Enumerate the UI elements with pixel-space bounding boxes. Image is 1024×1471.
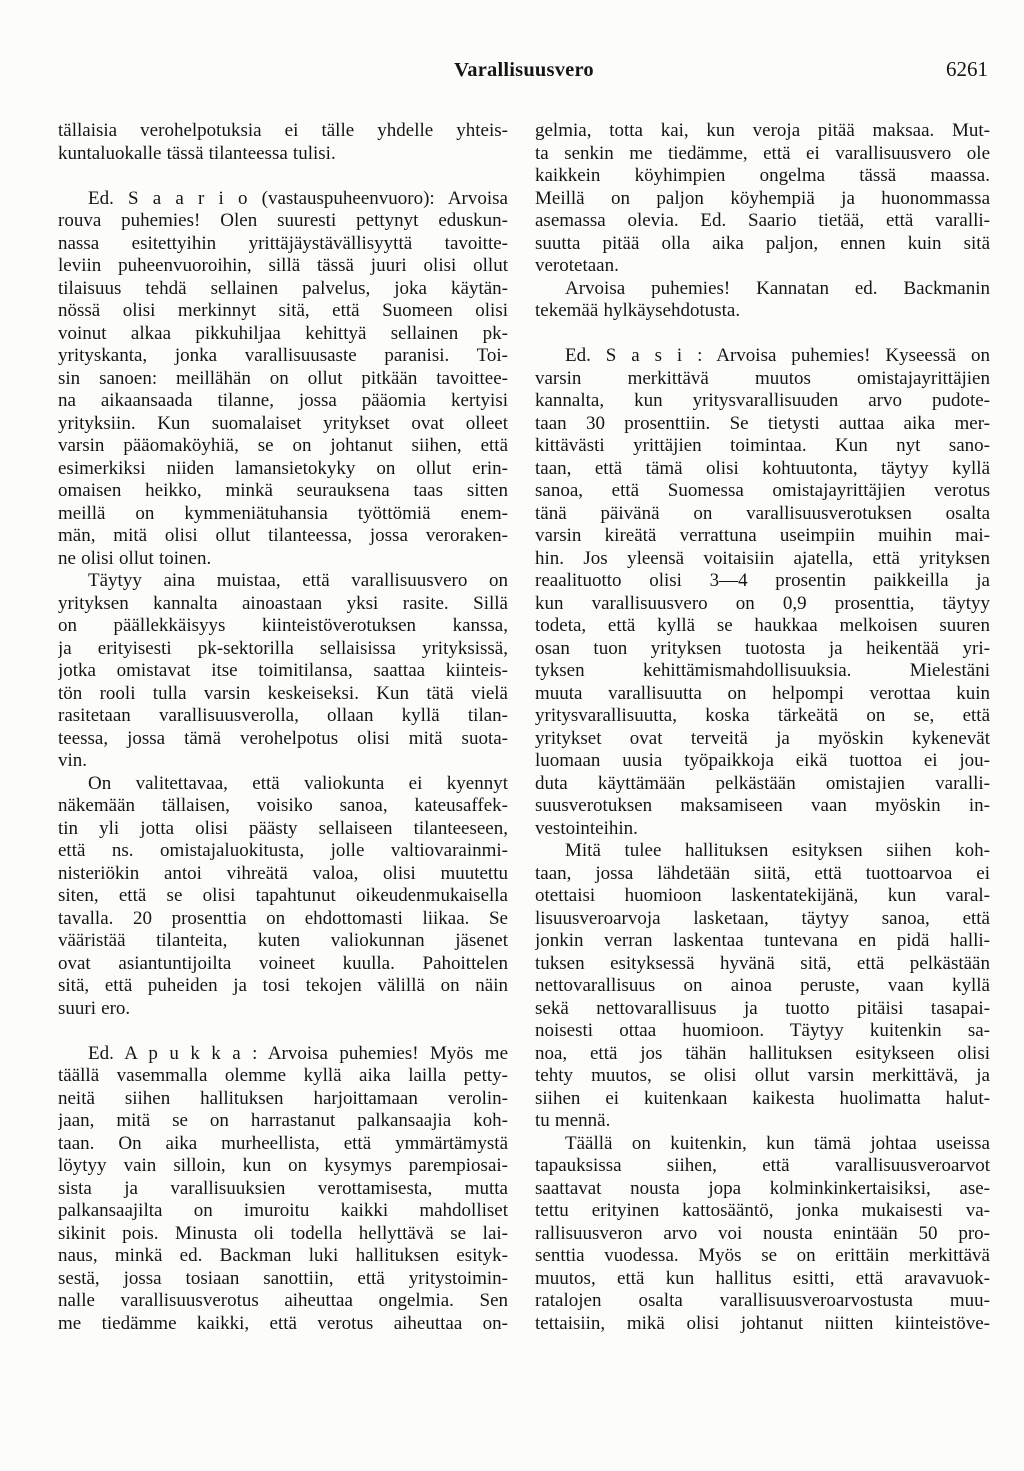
text-line: meillä on kymmeniätuhansia työttömiä ene…	[58, 503, 508, 526]
text-line: suuri ero.	[58, 998, 508, 1021]
text-line: täällä vasemmalla olemme kyllä aika lail…	[58, 1065, 508, 1088]
text-line: tavalla. 20 prosenttia on ehdottomasti l…	[58, 908, 508, 931]
text-line: asemassa olevia. Ed. Saario tietää, että…	[535, 210, 990, 233]
text-line: tu mennä.	[535, 1110, 990, 1133]
text-line: kuntaluokalle tässä tilanteessa tulisi.	[58, 143, 508, 166]
text-line: kun varallisuusvero on 0,9 prosenttia, t…	[535, 593, 990, 616]
text-line: nassa esitettyihin yrittäjäystävällisyyt…	[58, 233, 508, 256]
text-line: Täällä on kuitenkin, kun tämä johtaa use…	[535, 1133, 990, 1156]
text-line: tilaisuus tehdä sellainen palvelus, joka…	[58, 278, 508, 301]
text-line: vääristää tilanteita, kuten valiokunnan …	[58, 930, 508, 953]
text-line: yritysvarallisuutta, koska tärkeätä on s…	[535, 705, 990, 728]
page-number: 6261	[946, 57, 988, 81]
text-line: Arvoisa puhemies! Kannatan ed. Backmanin	[535, 278, 990, 301]
text-line: löytyy vain silloin, kun on kysymys pare…	[58, 1155, 508, 1178]
text-line: todeta, että kyllä se haukkaa melkoisen …	[535, 615, 990, 638]
paragraph: Ed. S a a r i o (vastauspuheenvuoro): Ar…	[58, 188, 508, 571]
text-line: taan, jossa lähdetään siitä, että tuotto…	[535, 863, 990, 886]
text-line: gelmia, totta kai, kun veroja pitää maks…	[535, 120, 990, 143]
text-line: kannalta, kun yritysvarallisuuden arvo p…	[535, 390, 990, 413]
text-line: että ns. omistajaluokitusta, jolle valti…	[58, 840, 508, 863]
text-line: jaan, mitä se on harrastanut palkansaaji…	[58, 1110, 508, 1133]
text-line: kaikkein köyhimpien ongelma tässä maassa…	[535, 165, 990, 188]
text-line: yrityksiin. Kun suomalaiset yritykset ov…	[58, 413, 508, 436]
document-page: Varallisuusvero 6261 tällaisia verohelpo…	[0, 0, 1024, 1471]
text-line: ratalojen osalta varallisuusveroarvostus…	[535, 1290, 990, 1313]
text-line: yrityskanta, jonka varallisuusaste paran…	[58, 345, 508, 368]
text-line: saattavat nousta jopa kolminkinkertaisik…	[535, 1178, 990, 1201]
paragraph: tällaisia verohelpotuksia ei tälle yhdel…	[58, 120, 508, 165]
text-line: yrityksen kannalta ainoastaan yksi rasit…	[58, 593, 508, 616]
text-line: me tiedämme kaikki, että verotus aiheutt…	[58, 1313, 508, 1336]
text-line: esimerkiksi niiden lamansietokyky on oll…	[58, 458, 508, 481]
text-line: palkansaajilta on imuroitu kaikki mahdol…	[58, 1200, 508, 1223]
text-line: duta käyttämään pelkästään omistajien va…	[535, 773, 990, 796]
text-line: nössä olisi merkinnyt sitä, että Suomeen…	[58, 300, 508, 323]
text-line: sitä, että puheiden ja tosi tekojen väli…	[58, 975, 508, 998]
text-line: tyksen kehittämismahdollisuuksia. Mieles…	[535, 660, 990, 683]
paragraph: Ed. S a s i : Arvoisa puhemies! Kyseessä…	[535, 345, 990, 840]
text-line: osan tuon yrityksen tuotosta ja heikentä…	[535, 638, 990, 661]
text-line: tin yli jotta olisi päästy sellaiseen ti…	[58, 818, 508, 841]
text-line: na aikaansaada tilanne, jossa pääomia ke…	[58, 390, 508, 413]
text-line: nalle varallisuusverotus aiheuttaa ongel…	[58, 1290, 508, 1313]
text-line: nisteriökin antoi vihreätä valoa, olisi …	[58, 863, 508, 886]
text-line: noa, että jos tähän hallituksen esitykse…	[535, 1043, 990, 1066]
text-line: rallisuusveron arvo voi nousta enintään …	[535, 1223, 990, 1246]
text-line: taan. On aika murheellista, että ymmärtä…	[58, 1133, 508, 1156]
text-line: otettaisi huomioon laskentatekijänä, kun…	[535, 885, 990, 908]
text-line: sestä, jossa tosiaan sanottiin, että yri…	[58, 1268, 508, 1291]
text-line: sin sanoen: meillähän on ollut pitkään t…	[58, 368, 508, 391]
text-line: leviin puheenvuoroihin, sillä tässä juur…	[58, 255, 508, 278]
text-line: on päällekkäisyys kiinteistöverotuksen k…	[58, 615, 508, 638]
paragraph: Arvoisa puhemies! Kannatan ed. Backmanin…	[535, 278, 990, 323]
text-line: näkemään tällaisen, voisiko sanoa, kateu…	[58, 795, 508, 818]
text-line: rasitetaan varallisuusverolla, ollaan ky…	[58, 705, 508, 728]
text-line: rouva puhemies! Olen suuresti pettynyt e…	[58, 210, 508, 233]
text-line: sekä nettovarallisuus ja tuotto pitäisi …	[535, 998, 990, 1021]
text-line: yritykset ovat terveitä ja myöskin kyken…	[535, 728, 990, 751]
text-line: muuta varallisuutta on helpompi verottaa…	[535, 683, 990, 706]
text-line: Täytyy aina muistaa, että varallisuusver…	[58, 570, 508, 593]
text-line: Ed. S a a r i o (vastauspuheenvuoro): Ar…	[58, 188, 508, 211]
text-line: tällaisia verohelpotuksia ei tälle yhdel…	[58, 120, 508, 143]
text-line: verotetaan.	[535, 255, 990, 278]
running-title: Varallisuusvero	[58, 58, 990, 82]
text-line: ovat asiantuntijoilta voineet kuulla. Pa…	[58, 953, 508, 976]
text-line: tettaisiin, mikä olisi johtanut niitten …	[535, 1313, 990, 1336]
text-line: taan, että tämä olisi kohtuutonta, täyty…	[535, 458, 990, 481]
text-line: luomaan uusia työpaikkoja eikä tuottoa e…	[535, 750, 990, 773]
text-line: varsin pääomaköyhiä, se on johtanut siih…	[58, 435, 508, 458]
page-header: Varallisuusvero 6261	[0, 0, 1024, 84]
text-line: siihen ei kuitenkaan kaikesta huolimatta…	[535, 1088, 990, 1111]
text-line: varsin merkittävä muutos omistajayrittäj…	[535, 368, 990, 391]
text-line: noisesti ottaa huomioon. Täytyy kuitenki…	[535, 1020, 990, 1043]
text-line: jotka omistavat itse toimitilansa, saatt…	[58, 660, 508, 683]
text-line: män, mitä olisi ollut tilanteessa, jossa…	[58, 525, 508, 548]
text-line: sanoa, että Suomessa omistajayrittäjien …	[535, 480, 990, 503]
text-line: voinut alkaa pikkuhiljaa kehittyä sellai…	[58, 323, 508, 346]
text-line: vin.	[58, 750, 508, 773]
text-line: kittävästi yrittäjien toimintaa. Kun nyt…	[535, 435, 990, 458]
text-line: vestointeihin.	[535, 818, 990, 841]
text-line: hin. Jos yleensä voitaisiin ajatella, et…	[535, 548, 990, 571]
text-line: neitä siihen hallituksen harjoittamaan v…	[58, 1088, 508, 1111]
paragraph: gelmia, totta kai, kun veroja pitää maks…	[535, 120, 990, 278]
text-line: tapauksissa siihen, että varallisuusvero…	[535, 1155, 990, 1178]
text-line: teessa, jossa tämä verohelpotus olisi mi…	[58, 728, 508, 751]
paragraph: Mitä tulee hallituksen esityksen siihen …	[535, 840, 990, 1133]
text-line: ja erityisesti pk-sektorilla sellaisissa…	[58, 638, 508, 661]
text-line: tänä päivänä on varallisuusverotuksen os…	[535, 503, 990, 526]
text-line: tettu erityinen kattosääntö, jonka mukai…	[535, 1200, 990, 1223]
text-line: tehty muutos, se olisi ollut varsin merk…	[535, 1065, 990, 1088]
text-line: varsin kireätä verrattuna useimpiin muih…	[535, 525, 990, 548]
text-line: tön rooli tulla varsin keskeiseksi. Kun …	[58, 683, 508, 706]
text-line: Ed. S a s i : Arvoisa puhemies! Kyseessä…	[535, 345, 990, 368]
text-line: On valitettavaa, että valiokunta ei kyen…	[58, 773, 508, 796]
text-line: siten, että se olisi tapahtunut oikeuden…	[58, 885, 508, 908]
text-line: muutos, että kun hallitus esitti, että a…	[535, 1268, 990, 1291]
text-line: lisuusveroarvoja lasketaan, täytyy sanoa…	[535, 908, 990, 931]
paragraph: On valitettavaa, että valiokunta ei kyen…	[58, 773, 508, 1021]
text-line: Mitä tulee hallituksen esityksen siihen …	[535, 840, 990, 863]
text-line: sista ja varallisuuksien verottamisesta,…	[58, 1178, 508, 1201]
text-line: senttia vuodessa. Myös se on erittäin me…	[535, 1245, 990, 1268]
text-line: naus, minkä ed. Backman luki hallituksen…	[58, 1245, 508, 1268]
text-line: Meillä on paljon köyhempiä ja huonommass…	[535, 188, 990, 211]
left-column: tällaisia verohelpotuksia ei tälle yhdel…	[58, 120, 508, 1335]
text-line: reaalituotto olisi 3—4 prosentin paikkei…	[535, 570, 990, 593]
text-line: taan 30 prosenttiin. Se tietysti auttaa …	[535, 413, 990, 436]
text-line: sikinit pois. Minusta oli todella hellyt…	[58, 1223, 508, 1246]
text-line: tekemää hylkäysehdotusta.	[535, 300, 990, 323]
text-line: suutta pitää olla aika paljon, ennen kui…	[535, 233, 990, 256]
text-line: nettovarallisuus on ainoa peruste, vaan …	[535, 975, 990, 998]
text-line: suusverotuksen maksamiseen vaan myöskin …	[535, 795, 990, 818]
paragraph: Ed. A p u k k a : Arvoisa puhemies! Myös…	[58, 1043, 508, 1336]
text-columns: tällaisia verohelpotuksia ei tälle yhdel…	[0, 120, 1024, 1335]
text-line: tuksen esityksessä hyvänä sitä, että pel…	[535, 953, 990, 976]
paragraph: Täällä on kuitenkin, kun tämä johtaa use…	[535, 1133, 990, 1336]
text-line: Ed. A p u k k a : Arvoisa puhemies! Myös…	[58, 1043, 508, 1066]
paragraph: Täytyy aina muistaa, että varallisuusver…	[58, 570, 508, 773]
text-line: ne olisi ollut toinen.	[58, 548, 508, 571]
text-line: omaisen heikko, minkä seurauksena taas s…	[58, 480, 508, 503]
text-line: jonkin verran laskentaa tuntevana en pid…	[535, 930, 990, 953]
right-column: gelmia, totta kai, kun veroja pitää maks…	[535, 120, 990, 1335]
text-line: ta senkin me tiedämme, että ei varallisu…	[535, 143, 990, 166]
